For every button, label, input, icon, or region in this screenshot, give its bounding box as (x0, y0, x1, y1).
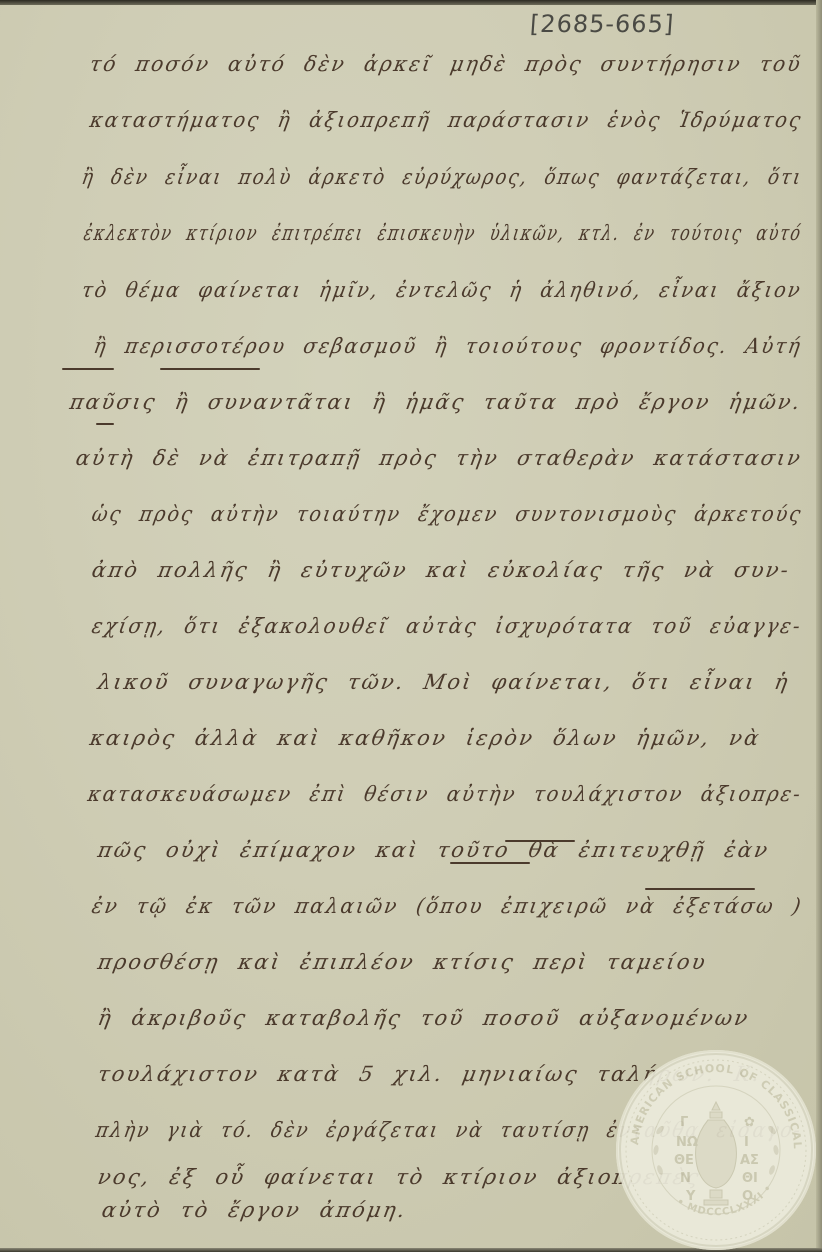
manuscript-line: τὸ θέμα φαίνεται ἡμῖν, ἐντελῶς ἡ ἀληθινό… (80, 278, 804, 302)
underline-stroke (450, 862, 530, 864)
manuscript-line: εχίσῃ, ὅτι ἐξακολουθεῖ αὐτὰς ἰσχυρότατα … (90, 614, 804, 638)
manuscript-line: προσθέσῃ καὶ ἐπιπλέον κτίσις περὶ ταμείο… (96, 950, 709, 974)
underline-stroke (645, 888, 755, 890)
underline-stroke (96, 423, 114, 425)
manuscript-line: τό ποσόν αὐτό δὲν ἀρκεῖ μηδὲ πρὸς συντήρ… (88, 52, 804, 76)
svg-text:Γ: Γ (680, 1115, 688, 1130)
svg-text:Υ: Υ (685, 1189, 696, 1204)
manuscript-line: πῶς οὐχὶ ἐπίμαχον καὶ τοῦτο θὰ ἐπιτευχθῇ… (96, 838, 772, 862)
seal-emblem-icon: AMERICAN SCHOOL OF CLASSICAL STUDIES AT … (616, 1050, 816, 1250)
svg-text:ΑΣ: ΑΣ (740, 1153, 759, 1168)
manuscript-line: ἀπὸ πολλῆς ἢ εὐτυχῶν καὶ εὐκολίας τῆς νὰ… (90, 558, 792, 582)
svg-text:ΘΕ: ΘΕ (674, 1153, 694, 1168)
underline-stroke (62, 368, 114, 370)
manuscript-line: ἐν τῷ ἐκ τῶν παλαιῶν (ὅπου ἐπιχειρῶ νὰ ἐ… (90, 894, 805, 918)
manuscript-line: ὡς πρὸς αὐτὴν τοιαύτην ἔχομεν συντονισμο… (90, 502, 804, 526)
manuscript-line: καταστήματος ἢ ἀξιοπρεπῆ παράστασιν ἑνὸς… (88, 108, 804, 132)
manuscript-line: αὐτὸ τὸ ἔργον ἀπόμη. (100, 1198, 409, 1222)
archive-reference-number: [2685-665] (529, 10, 675, 38)
scan-top-edge (0, 0, 822, 5)
manuscript-page: [2685-665] τό ποσόν αὐτό δὲν ἀρκεῖ μηδὲ … (0, 0, 822, 1252)
underline-stroke (505, 840, 575, 842)
svg-text:ΝΩ: ΝΩ (676, 1135, 698, 1150)
institutional-seal: AMERICAN SCHOOL OF CLASSICAL STUDIES AT … (616, 1050, 816, 1250)
manuscript-line: παῦσις ἢ συναντᾶται ἢ ἡμᾶς ταῦτα πρὸ ἔργ… (68, 390, 804, 414)
manuscript-line: καιρὸς ἀλλὰ καὶ καθῆκον ἱερὸν ὅλων ἡμῶν,… (88, 726, 763, 750)
manuscript-line: ἢ δὲν εἶναι πολὺ ἀρκετὸ εὐρύχωρος, ὅπως … (80, 165, 804, 189)
manuscript-line: ἐκλεκτὸν κτίριον ἐπιτρέπει ἐπισκευὴν ὑλι… (82, 221, 804, 245)
manuscript-line: νος, ἐξ οὗ φαίνεται τὸ κτίριον ἀξιοπρεπὲ… (96, 1165, 703, 1189)
svg-text:Ι: Ι (744, 1135, 749, 1150)
manuscript-line: λικοῦ συναγωγῆς τῶν. Μοὶ φαίνεται, ὅτι ε… (96, 670, 792, 694)
svg-text:Ν: Ν (680, 1171, 691, 1186)
svg-text:ΘΙ: ΘΙ (742, 1171, 758, 1186)
manuscript-line: κατασκευάσωμεν ἐπὶ θέσιν αὐτὴν τουλάχιστ… (86, 782, 804, 806)
scan-right-edge (816, 0, 822, 1252)
underline-stroke (160, 368, 260, 370)
svg-text:Ο: Ο (742, 1189, 753, 1204)
svg-text:✿: ✿ (744, 1115, 755, 1130)
manuscript-line: ἢ ἀκριβοῦς καταβολῆς τοῦ ποσοῦ αὐξανομέν… (96, 1006, 752, 1030)
manuscript-line: αὐτὴ δὲ νὰ ἐπιτραπῇ πρὸς τὴν σταθερὰν κα… (74, 446, 804, 470)
manuscript-line: ἢ περισσοτέρου σεβασμοῦ ἢ τοιούτους φρον… (92, 334, 804, 358)
